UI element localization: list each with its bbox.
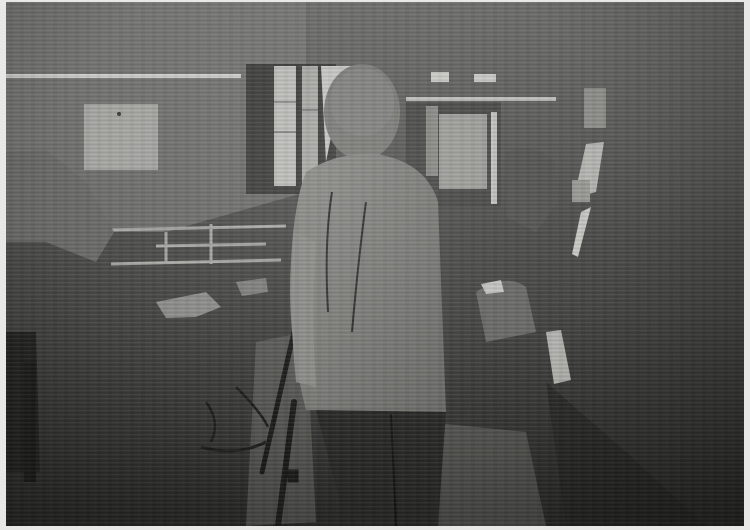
door-panel xyxy=(439,114,487,189)
man-arm xyxy=(291,232,316,387)
shelf-items xyxy=(431,72,449,82)
photograph: Grainy photocopied black-and-white photo… xyxy=(6,2,744,526)
wall-paper-left xyxy=(84,104,158,170)
door-post xyxy=(491,112,497,204)
photo-scene xyxy=(6,2,744,526)
wall-paper-right xyxy=(584,88,606,128)
window-pane-left xyxy=(274,66,296,186)
wall-rail xyxy=(6,74,241,78)
wall-rail-right xyxy=(406,97,556,101)
